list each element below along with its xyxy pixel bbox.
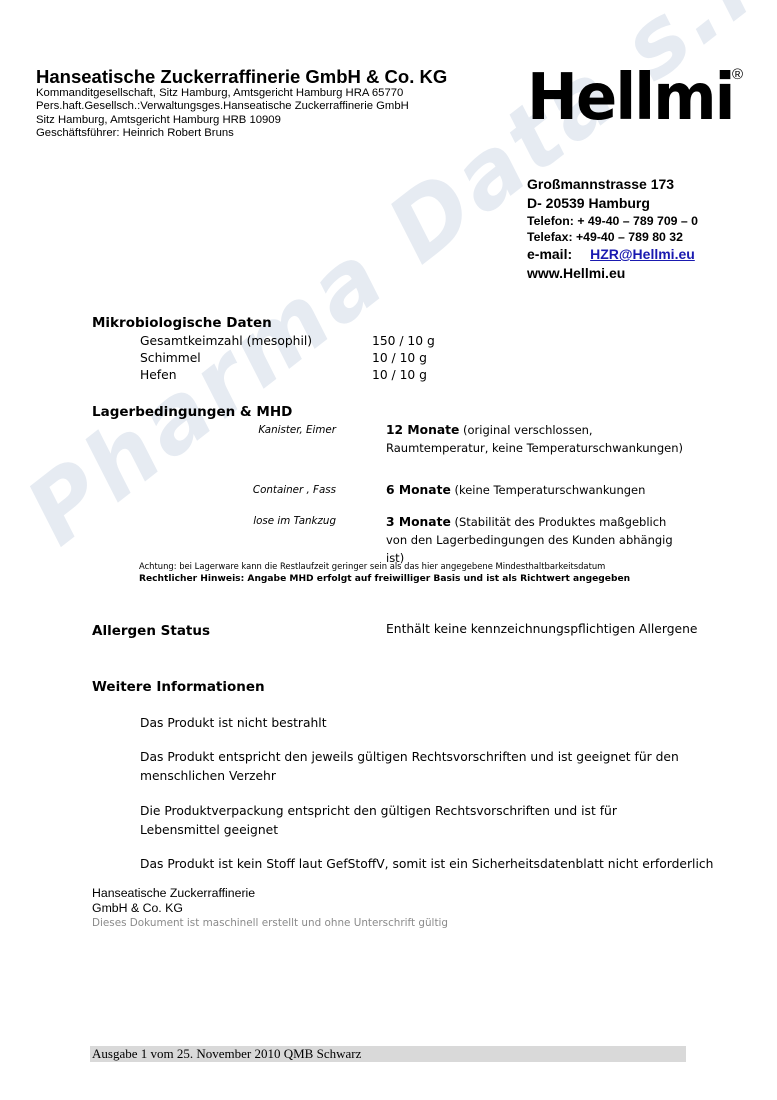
email-label: e-mail: [527,246,572,262]
machine-generated-note: Dieses Dokument ist maschinell erstellt … [92,917,448,929]
address-block: Großmannstrasse 173 D- 20539 Hamburg Tel… [527,175,698,283]
info-paragraph: Das Produkt entspricht den jeweils gülti… [140,748,680,786]
micro-row-value: 10 / 10 g [372,351,427,365]
allergen-section-title: Allergen Status [92,623,210,639]
storage-duration: 12 Monate [386,423,459,437]
storage-section-title: Lagerbedingungen & MHD [92,404,292,420]
info-paragraph: Das Produkt ist kein Stoff laut GefStoff… [140,855,740,874]
micro-row-label: Gesamtkeimzahl (mesophil) [140,334,312,348]
info-paragraph: Das Produkt ist nicht bestrahlt [140,714,680,733]
storage-warning-note: Achtung: bei Lagerware kann die Restlauf… [139,561,605,571]
storage-row-value: 3 Monate (Stabilität des Produktes maßge… [386,513,686,567]
company-detail-line: Pers.haft.Gesellsch.:Verwaltungsges.Hans… [36,100,409,113]
footer-company-line: GmbH & Co. KG [92,901,255,916]
logo-wordmark: Hellmi [527,66,734,130]
storage-row-label: Kanister, Eimer [96,424,336,436]
info-paragraph: Die Produktverpackung entspricht den gül… [140,802,680,840]
website-link[interactable]: www.Hellmi.eu [527,264,698,283]
allergen-status-value: Enthält keine kennzeichnungspflichtigen … [386,622,697,636]
email-link[interactable]: HZR@Hellmi.eu [590,246,695,262]
footer-company-line: Hanseatische Zuckerraffinerie [92,886,255,901]
micro-section-title: Mikrobiologische Daten [92,315,272,331]
company-detail-line: Geschäftsführer: Heinrich Robert Bruns [36,127,409,140]
company-detail-line: Sitz Hamburg, Amtsgericht Hamburg HRB 10… [36,114,409,127]
micro-row-label: Hefen [140,368,177,382]
registered-mark-icon: ® [732,66,743,83]
issue-info-bar: Ausgabe 1 vom 25. November 2010 QMB Schw… [90,1046,686,1062]
company-name: Hanseatische Zuckerraffinerie GmbH & Co.… [36,66,447,88]
address-city: D- 20539 Hamburg [527,194,698,213]
micro-row-value: 150 / 10 g [372,334,435,348]
micro-row-label: Schimmel [140,351,201,365]
footer-company: Hanseatische Zuckerraffinerie GmbH & Co.… [92,886,255,915]
storage-row-value: 6 Monate (keine Temperaturschwankungen [386,481,686,499]
storage-duration: 3 Monate [386,515,451,529]
legal-note: Rechtlicher Hinweis: Angabe MHD erfolgt … [139,574,630,584]
storage-row-label: lose im Tankzug [96,515,336,527]
company-details: Kommanditgesellschaft, Sitz Hamburg, Amt… [36,87,409,141]
micro-row-value: 10 / 10 g [372,368,427,382]
phone-number: Telefon: + 49-40 – 789 709 – 0 [527,213,698,229]
storage-row-value: 12 Monate (original verschlossen, Raumte… [386,421,686,457]
company-detail-line: Kommanditgesellschaft, Sitz Hamburg, Amt… [36,87,409,100]
fax-number: Telefax: +49-40 – 789 80 32 [527,229,698,245]
storage-row-label: Container , Fass [96,484,336,496]
address-street: Großmannstrasse 173 [527,175,698,194]
storage-duration: 6 Monate [386,483,451,497]
further-info-title: Weitere Informationen [92,679,265,695]
storage-detail: (keine Temperaturschwankungen [451,483,646,497]
email-row: e-mail:HZR@Hellmi.eu [527,245,698,264]
hellmi-logo: Hellmi ® [527,66,747,136]
